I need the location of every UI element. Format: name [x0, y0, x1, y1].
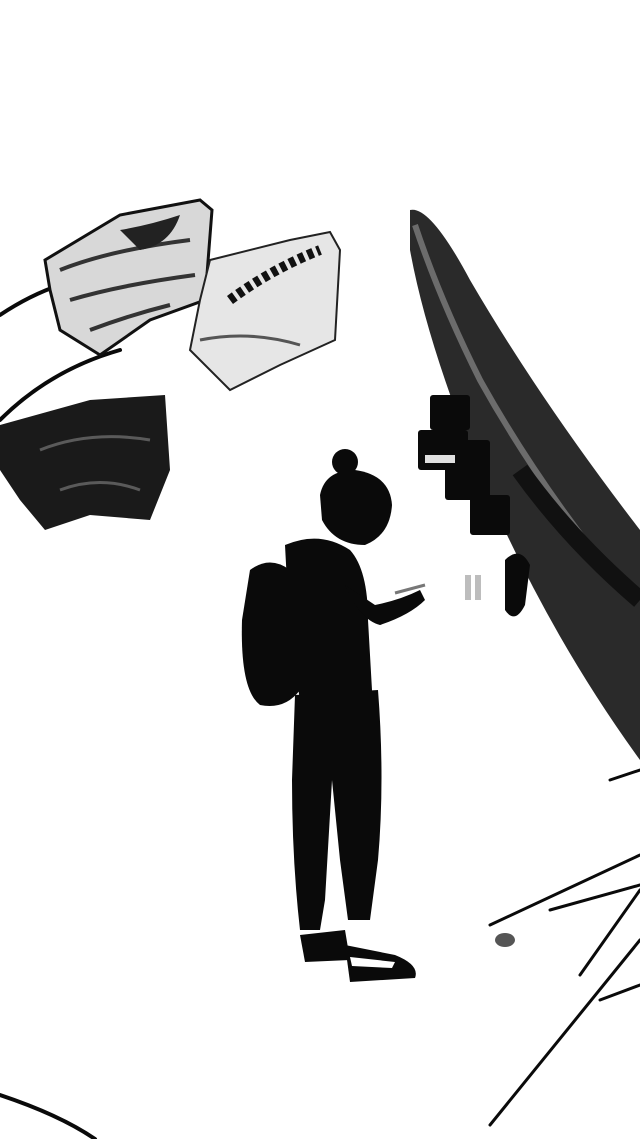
small-object: [495, 933, 515, 947]
flag-top-middle: [190, 232, 340, 390]
curved-sculpture: [410, 210, 640, 760]
photo-scene: [0, 0, 640, 1139]
photo-artwork: [0, 0, 640, 1139]
person-silhouette: [242, 449, 425, 982]
flag-top-left: [45, 200, 212, 355]
ground-rods: [490, 770, 640, 1125]
flag-dark-left: [0, 395, 170, 530]
